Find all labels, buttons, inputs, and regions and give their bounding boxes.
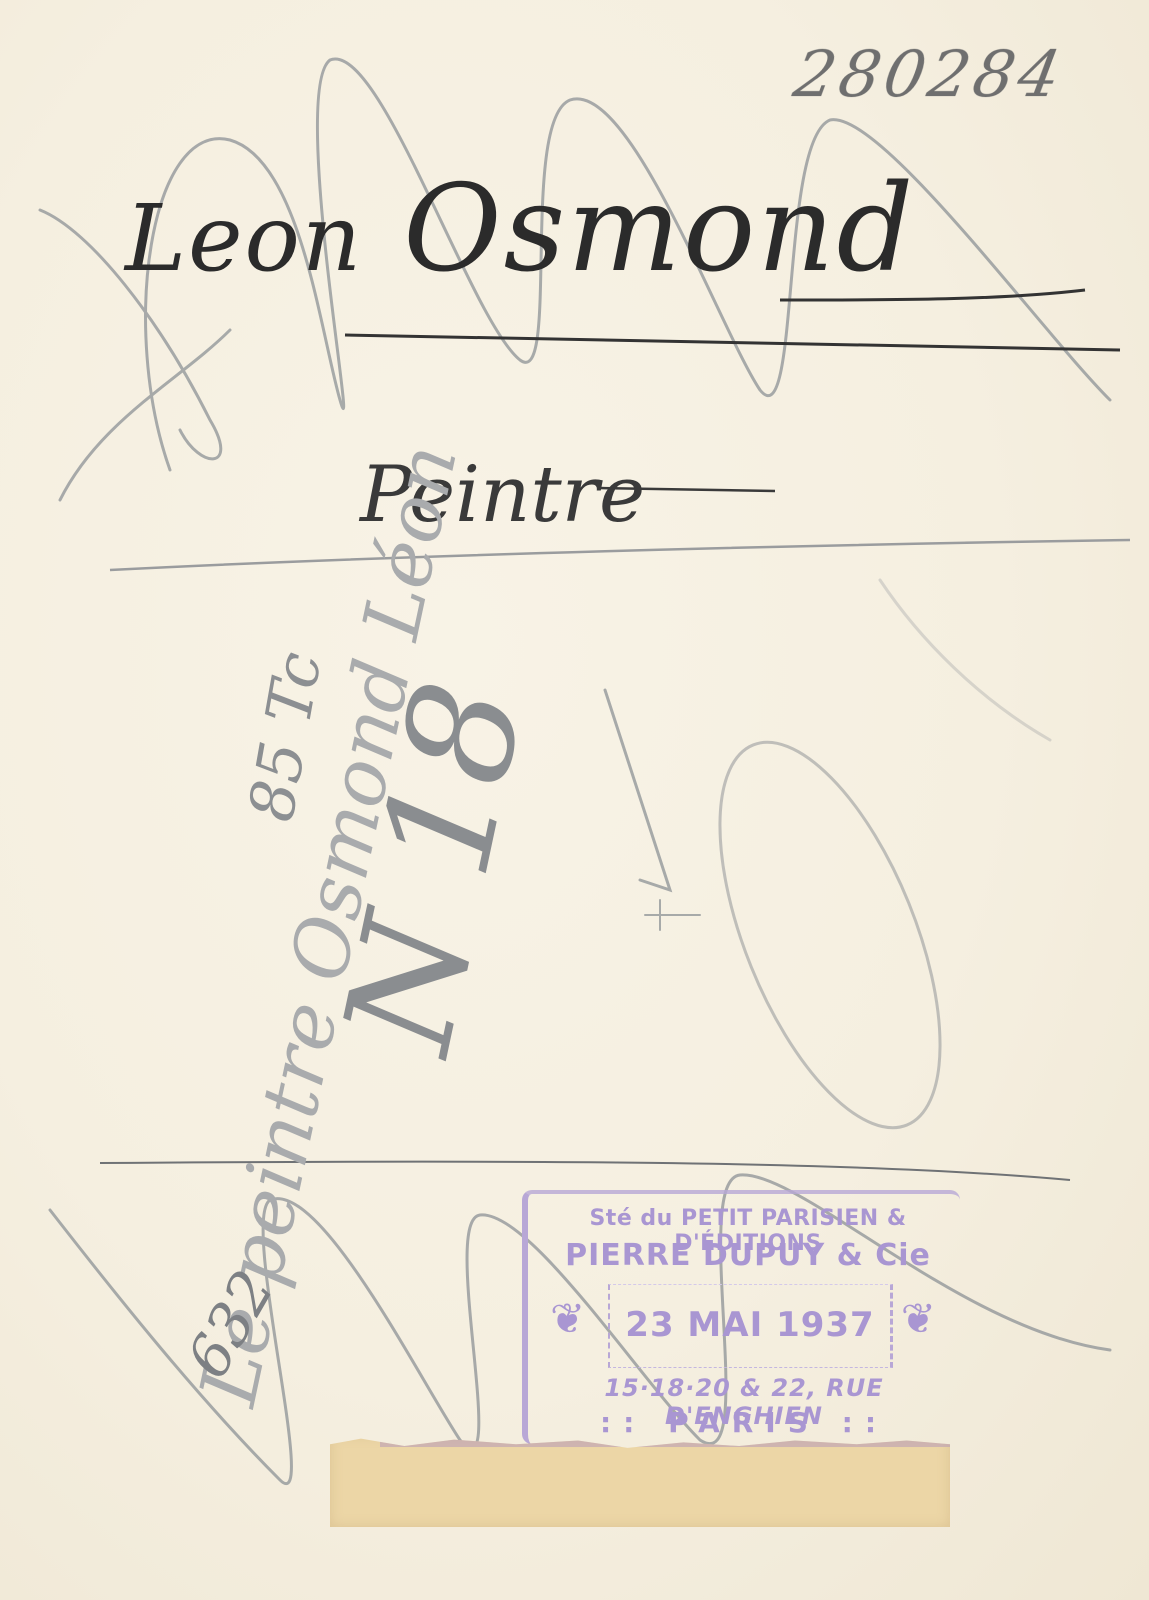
- stamp-date-box: 23 MAI 1937: [608, 1284, 893, 1368]
- fleuron-icon: ❦: [901, 1294, 936, 1343]
- stamp-line-2: PIERRE DUPUY & Cie: [536, 1238, 960, 1273]
- signature: LeonOsmond: [125, 160, 915, 299]
- inventory-number: 280284: [788, 38, 1069, 112]
- signature-first-name: Leon: [125, 185, 363, 292]
- stamp-date: 23 MAI 1937: [610, 1305, 890, 1345]
- paper-tape-residue: [330, 1435, 950, 1527]
- signature-last-name: Osmond: [403, 160, 915, 299]
- stamp-city: :: PARIS ::: [528, 1406, 960, 1439]
- fleuron-icon: ❦: [550, 1294, 585, 1343]
- agency-stamp: Sté du PETIT PARISIEN & D'ÉDITIONS PIERR…: [522, 1190, 960, 1444]
- photo-verso: 280284 LeonOsmond Peintre Le peintre Osm…: [0, 0, 1149, 1600]
